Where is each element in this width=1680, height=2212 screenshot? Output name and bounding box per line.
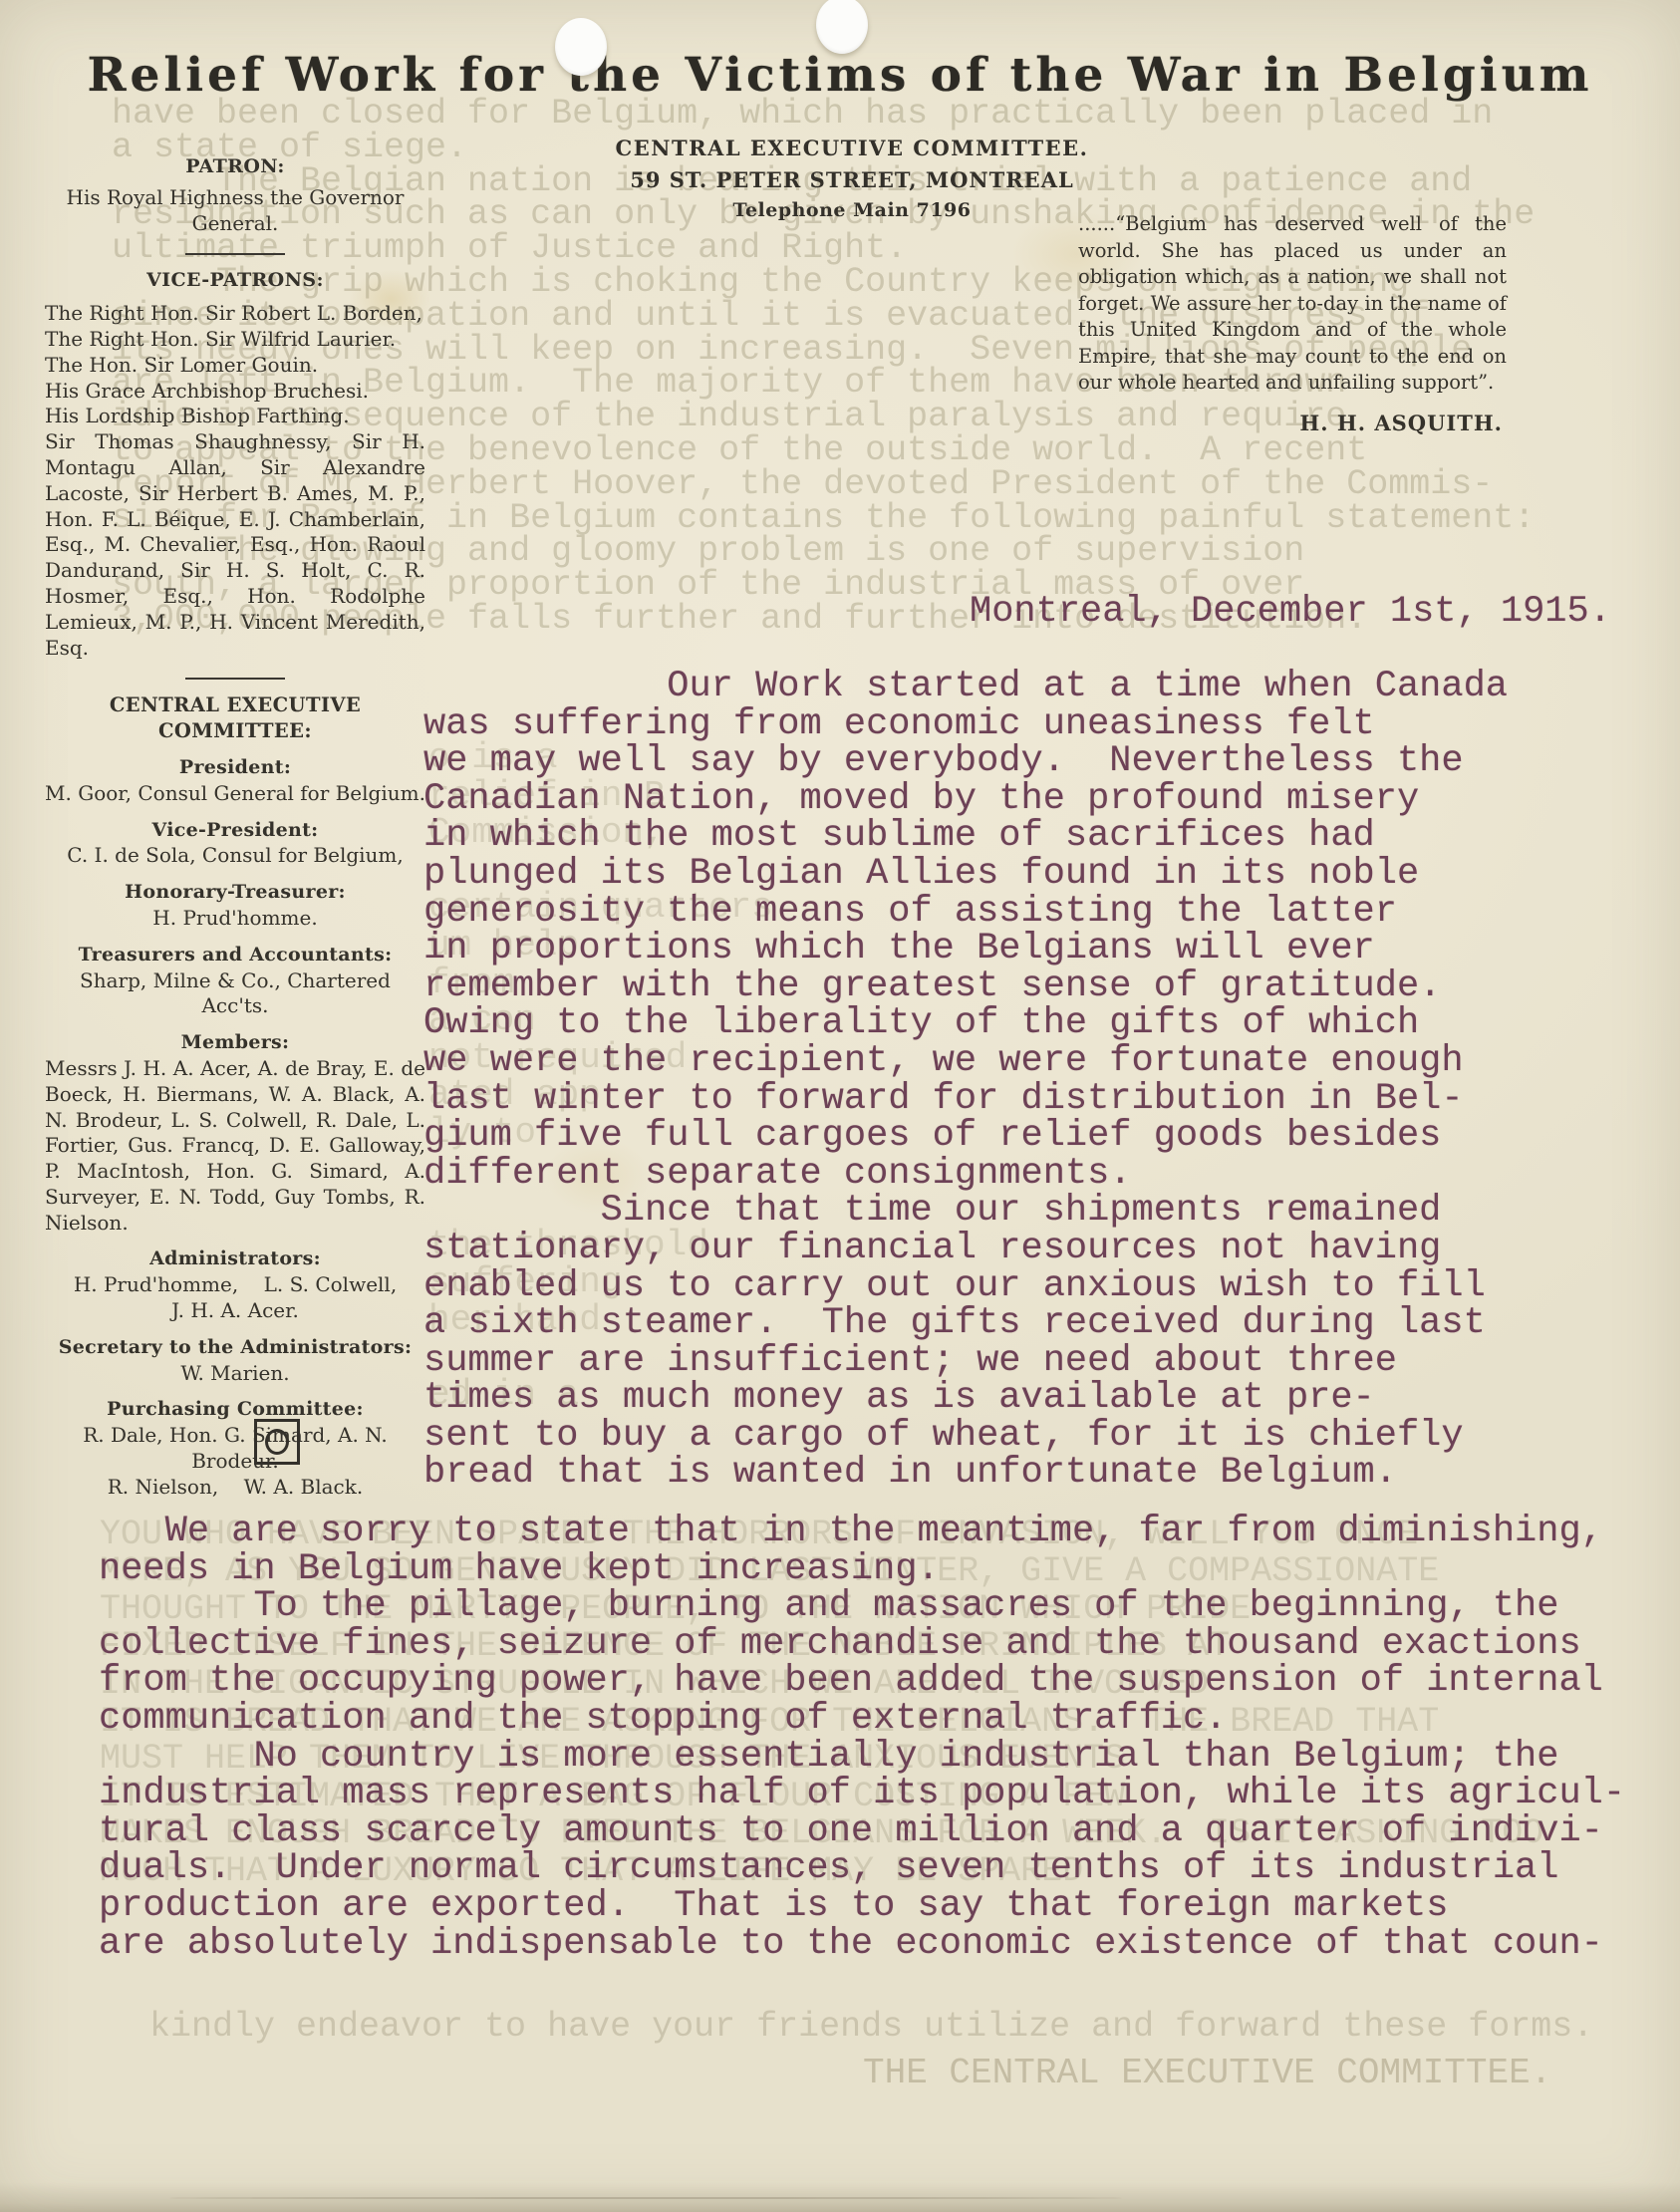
committee-role-members: Members: Messrs J. H. A. Acer, A. de Bra…	[45, 1030, 425, 1236]
dateline: Montreal, December 1st, 1915.	[970, 594, 1611, 632]
asquith-quote-attribution: H. H. ASQUITH.	[1078, 411, 1507, 435]
committee-role-purchasing: Purchasing Committee: R. Dale, Hon. G. S…	[45, 1397, 425, 1500]
divider-rule	[185, 253, 285, 255]
printer-union-mark-circle	[265, 1429, 289, 1455]
punch-hole-right	[816, 0, 868, 54]
committee-role-president: President: M. Goor, Consul General for B…	[45, 755, 425, 807]
role-title: Members:	[45, 1030, 425, 1056]
role-title: Purchasing Committee:	[45, 1397, 425, 1423]
ghost-bleedthrough-note: kindly endeavor to have your friends uti…	[149, 2007, 1593, 2047]
divider-rule	[185, 678, 285, 680]
office-name: CENTRAL EXECUTIVE COMMITTEE.	[558, 136, 1146, 160]
role-names: Messrs J. H. A. Acer, A. de Bray, E. de …	[45, 1056, 425, 1237]
asquith-quote-text: ......“Belgium has deserved well of the …	[1078, 211, 1507, 397]
committee-role-vice-president: Vice-President: C. I. de Sola, Consul fo…	[45, 818, 425, 870]
role-title: Treasurers and Accountants:	[45, 943, 425, 968]
vice-patrons-list: The Right Hon. Sir Robert L. Borden, The…	[45, 301, 425, 429]
page-title: Relief Work for the Victims of the War i…	[0, 48, 1680, 103]
role-names: R. Dale, Hon. G. Simard, A. N. Brodeur. …	[45, 1423, 425, 1500]
office-address-block: CENTRAL EXECUTIVE COMMITTEE. 59 ST. PETE…	[558, 136, 1146, 221]
patron-heading: PATRON:	[45, 154, 425, 180]
letter-body-narrow-column: Our Work started at a time when Canada w…	[423, 669, 1544, 1493]
committee-role-administrators: Administrators: H. Prud'homme, L. S. Col…	[45, 1246, 425, 1323]
role-names: C. I. de Sola, Consul for Belgium,	[45, 843, 425, 869]
role-title: Honorary-Treasurer:	[45, 880, 425, 906]
committee-role-treasurers: Treasurers and Accountants: Sharp, Milne…	[45, 943, 425, 1019]
role-names: Sharp, Milne & Co., Chartered Acc'ts.	[45, 968, 425, 1020]
document-page: have been closed for Belgium, which has …	[0, 0, 1680, 2212]
role-names: M. Goor, Consul General for Belgium.	[45, 781, 425, 807]
role-title: Secretary to the Administrators:	[45, 1335, 425, 1361]
committee-role-honorary-treasurer: Honorary-Treasurer: H. Prud'homme.	[45, 880, 425, 932]
role-title: Vice-President:	[45, 818, 425, 844]
letter-body-full-width: We are sorry to state that in the meanti…	[99, 1514, 1668, 1963]
vice-patrons-heading: VICE-PATRONS:	[45, 268, 425, 294]
punch-hole-left	[555, 18, 607, 76]
vice-patrons-names: Sir Thomas Shaughnessy, Sir H. Montagu A…	[45, 429, 425, 661]
ghost-bleedthrough-signature: THE CENTRAL EXECUTIVE COMMITTEE.	[863, 2053, 1551, 2093]
role-names: H. Prud'homme.	[45, 906, 425, 932]
office-phone: Telephone Main 7196	[558, 199, 1146, 221]
role-title: Administrators:	[45, 1246, 425, 1272]
letterhead-sidebar: PATRON: His Royal Highness the Governor …	[45, 152, 425, 1501]
committee-heading: CENTRAL EXECUTIVE COMMITTEE:	[45, 692, 425, 744]
printer-union-mark-icon	[254, 1419, 300, 1465]
patron-text: His Royal Highness the Governor General.	[45, 185, 425, 237]
office-street: 59 ST. PETER STREET, MONTREAL	[558, 167, 1146, 192]
asquith-quote-block: ......“Belgium has deserved well of the …	[1078, 211, 1507, 435]
scan-bottom-edge	[0, 2182, 1680, 2212]
role-title: President:	[45, 755, 425, 781]
committee-role-secretary: Secretary to the Administrators: W. Mari…	[45, 1335, 425, 1387]
role-names: H. Prud'homme, L. S. Colwell, J. H. A. A…	[45, 1272, 425, 1324]
role-names: W. Marien.	[45, 1361, 425, 1387]
